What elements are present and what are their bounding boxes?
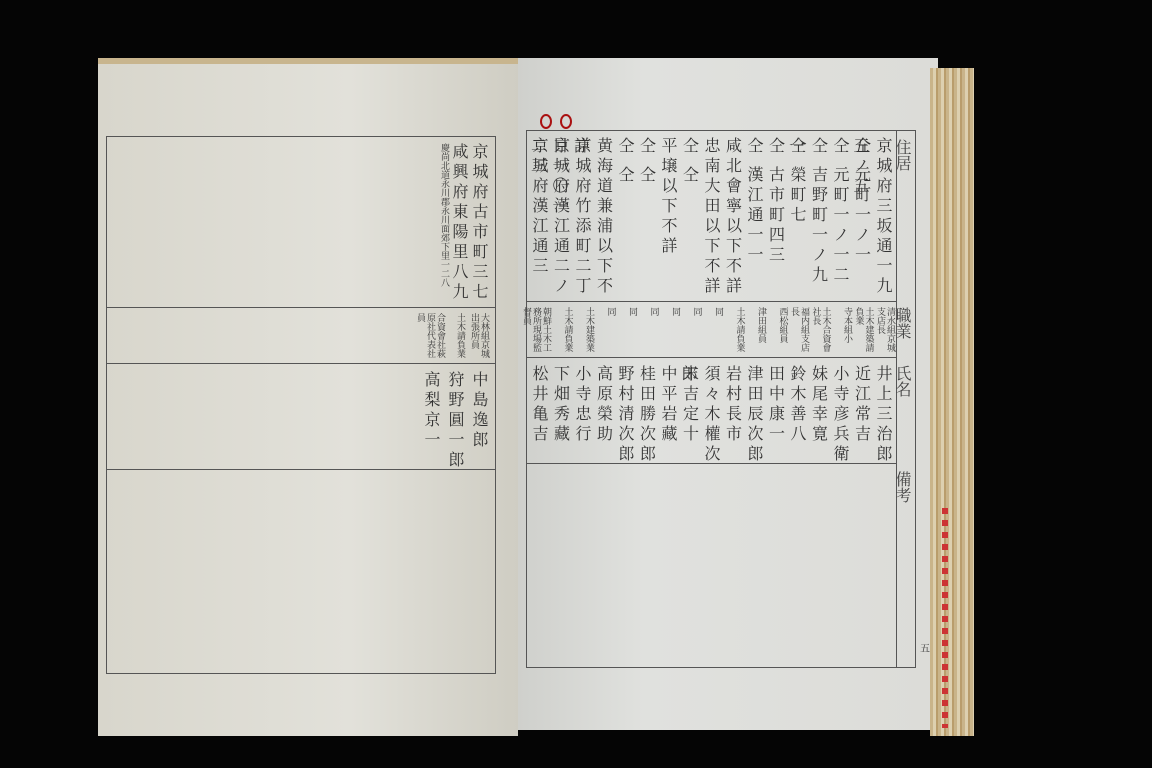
name-cell: 高梨京一: [420, 367, 443, 471]
occupation-cell: 福内組支店長: [789, 303, 809, 359]
occupation-cell: 土木合資會社長: [811, 303, 831, 359]
occupation-cell: 土木請負業: [455, 309, 465, 365]
red-circle-mark: [540, 114, 552, 129]
right-page: 住居 職業 氏名 備考 京城府三坂通一九五ノ五清水組京城支店長井上三治郎仝 元町…: [518, 58, 938, 730]
name-cell: 小寺彦兵衛: [829, 361, 852, 465]
name-cell: 下畑秀藏: [550, 361, 573, 465]
address-cell: 咸北會寧以下不詳: [722, 133, 745, 302]
name-cell: 桂田勝次郎: [636, 361, 659, 465]
address-cell: 仝 漢江通一一: [743, 133, 766, 302]
occupation-cell: 同: [606, 303, 616, 359]
name-cell: 中島逸郎: [468, 367, 491, 471]
right-table: 住居 職業 氏名 備考 京城府三坂通一九五ノ五清水組京城支店長井上三治郎仝 元町…: [526, 130, 916, 668]
occupation-cell: 同: [649, 303, 659, 359]
page-number: 五: [920, 640, 930, 655]
occupation-cell: 寺本組小: [842, 303, 852, 359]
open-ledger-book: 京城府古市町三七 咸興府東陽里八九 慶尚北道永川郡永川面郊下里一二八 大林組京城…: [98, 58, 974, 736]
address-cell: 仝 元町一ノ一: [851, 133, 874, 302]
name-cell: 中平岩藏: [657, 361, 680, 465]
occupation-cell: 土木請負業: [735, 303, 745, 359]
occupation-cell: 合資會社萩原社代表社員: [415, 309, 445, 365]
name-cell: 近江常吉: [851, 361, 874, 465]
name-cell: 田中康一: [765, 361, 788, 465]
name-cell: 狩野圓一郎: [444, 367, 467, 471]
address-cell: 京城府古市町三七: [468, 139, 491, 308]
address-cell: 忠南大田以下不詳: [700, 133, 723, 302]
address-cell: 平壌以下不詳: [657, 133, 680, 302]
name-cell: 野村清次郎: [614, 361, 637, 465]
occupation-cell: 朝鮮土木工務所現場監督員: [521, 303, 551, 359]
occupation-cell: 土木建築業: [584, 303, 594, 359]
name-cell: 末吉定十: [679, 361, 702, 465]
occupation-cell: 津田組員: [756, 303, 766, 359]
name-cell: 岩村長市: [722, 361, 745, 465]
occupation-cell: 同: [627, 303, 637, 359]
name-cell: 高原榮助: [593, 361, 616, 465]
left-page: 京城府古市町三七 咸興府東陽里八九 慶尚北道永川郡永川面郊下里一二八 大林組京城…: [98, 58, 518, 736]
address-cell: 京城府漢江通三: [528, 133, 551, 302]
name-cell: 妹尾幸寛: [808, 361, 831, 465]
occupation-cell: 西松組員: [778, 303, 788, 359]
red-circle-mark: [560, 114, 572, 129]
header-remarks: 備考: [891, 471, 914, 503]
occupation-cell: 土木建築請負業: [854, 303, 874, 359]
name-cell: 井上三治郎: [872, 361, 895, 465]
address-cell: 仝 榮町七: [786, 133, 809, 302]
occupation-cell: 同: [713, 303, 723, 359]
name-cell: 鈴木善八: [786, 361, 809, 465]
address-cell: 慶尚北道永川郡永川面郊下里一二八: [439, 139, 449, 308]
address-cell: 仝 仝: [614, 133, 637, 302]
occupation-cell: 同: [692, 303, 702, 359]
occupation-cell: 土木請負業: [563, 303, 573, 359]
occupation-cell: 大林組京城出張所員: [469, 309, 489, 365]
page-edges: [930, 68, 974, 736]
left-table: 京城府古市町三七 咸興府東陽里八九 慶尚北道永川郡永川面郊下里一二八 大林組京城…: [106, 136, 496, 674]
name-cell: 小寺忠行: [571, 361, 594, 465]
address-cell: 仝 仝: [679, 133, 702, 302]
address-cell: 仝 古市町四三: [765, 133, 788, 302]
address-cell: 仝 仝: [636, 133, 659, 302]
name-cell: 松井亀吉: [528, 361, 551, 465]
address-cell: 仝 元町一ノ一二: [829, 133, 852, 302]
header-column: 住居 職業 氏名 備考: [896, 131, 915, 667]
address-cell: 咸興府東陽里八九: [448, 139, 471, 308]
occupation-cell: 同: [670, 303, 680, 359]
occupation-cell: 清水組京城支店長: [875, 303, 895, 359]
name-cell: 津田辰次郎: [743, 361, 766, 465]
